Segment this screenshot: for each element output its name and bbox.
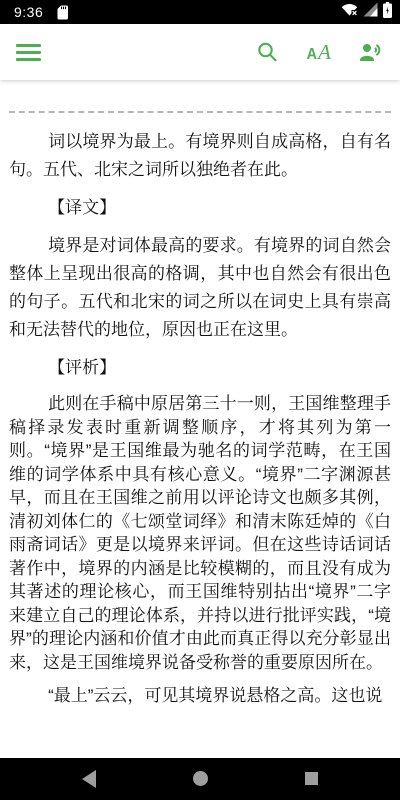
- back-icon[interactable]: [82, 770, 96, 788]
- read-aloud-icon[interactable]: [358, 41, 384, 63]
- original-text-paragraph: 词以境界为最上。有境界则自成高格，自有名句。五代、北宋之词所以独绝者在此。: [9, 128, 391, 184]
- phone-screen: 9:36: [0, 0, 400, 800]
- wifi-off-icon: [341, 2, 358, 22]
- recents-icon[interactable]: [305, 772, 318, 785]
- reader-content[interactable]: 词以境界为最上。有境界则自成高格，自有名句。五代、北宋之词所以独绝者在此。 【译…: [0, 80, 400, 760]
- reader-toolbar: A A: [0, 24, 400, 80]
- sd-card-icon: [57, 5, 69, 20]
- android-nav-bar: [0, 758, 400, 800]
- translation-paragraph: 境界是对词体最高的要求。有境界的词自然会整体上呈现出很高的格调，其中也自然会有很…: [9, 232, 391, 344]
- search-icon[interactable]: [255, 40, 279, 64]
- menu-icon[interactable]: [16, 44, 41, 61]
- cell-signal-icon: [363, 2, 378, 22]
- commentary-heading: 【评析】: [9, 354, 391, 382]
- commentary-paragraph-continued: “最上”云云，可见其境界说悬格之高。这也说: [9, 684, 391, 708]
- font-size-letter: A: [306, 47, 316, 63]
- status-bar: 9:36: [0, 0, 400, 24]
- commentary-paragraph: 此则在手稿中原居第三十一则，王国维整理手稿择录发表时重新调整顺序，才将其列为第一…: [9, 392, 391, 674]
- battery-charging-icon: [383, 2, 392, 23]
- status-time: 9:36: [14, 4, 43, 20]
- font-size-icon[interactable]: A A: [306, 42, 331, 63]
- translation-heading: 【译文】: [9, 194, 391, 222]
- home-icon[interactable]: [193, 771, 208, 786]
- section-divider: [9, 111, 391, 113]
- font-size-letter-italic: A: [318, 42, 331, 63]
